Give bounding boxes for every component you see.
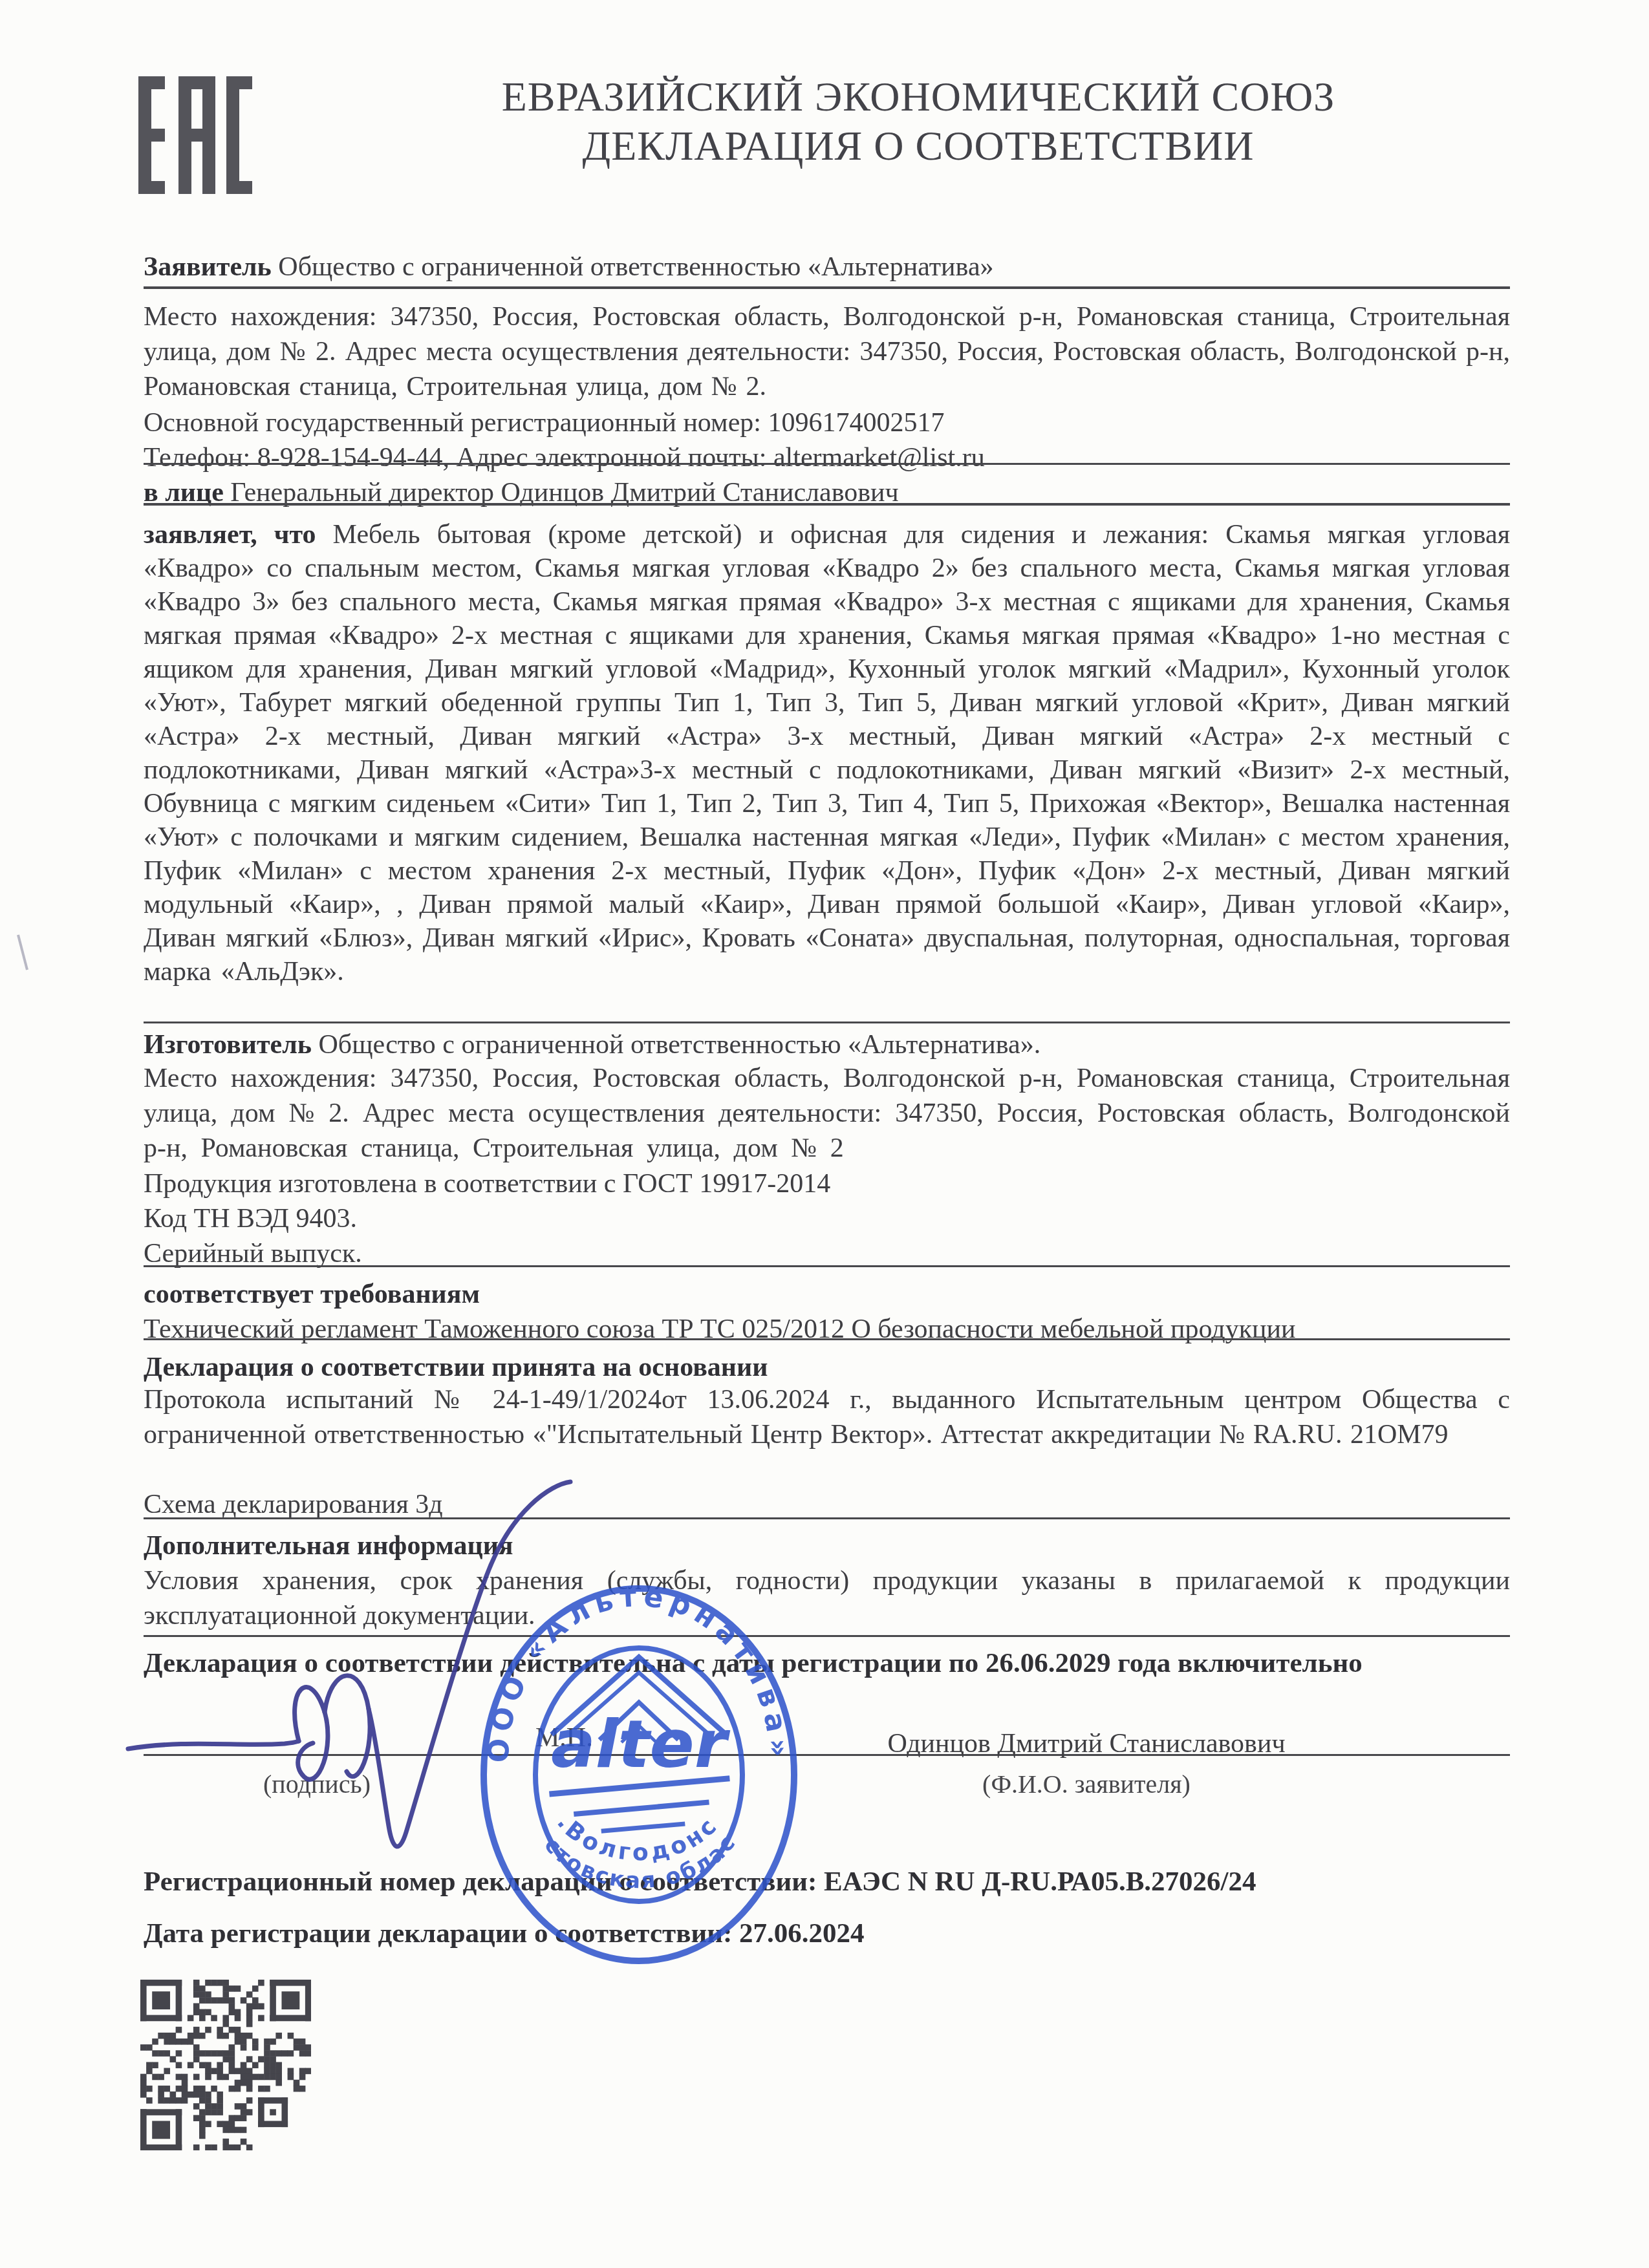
- compliance-heading: соответствует требованиям: [144, 1277, 480, 1312]
- document-title: ЕВРАЗИЙСКИЙ ЭКОНОМИЧЕСКИЙ СОЮЗ ДЕКЛАРАЦИ…: [336, 72, 1500, 171]
- qr-code: [140, 1980, 311, 2150]
- applicant-fio-value: Одинцов Дмитрий Станиславович: [744, 1726, 1429, 1761]
- additional-heading: Дополнительная информация: [144, 1528, 513, 1563]
- divider: [144, 503, 1510, 506]
- additional-text: Условия хранения, срок хранения (службы,…: [144, 1563, 1510, 1633]
- tnved-line: Код ТН ВЭД 9403.: [144, 1201, 357, 1236]
- applicant-label: Заявитель: [144, 252, 272, 282]
- fio-caption: (Ф.И.О. заявителя): [899, 1769, 1274, 1799]
- divider: [144, 463, 1510, 465]
- basis-scheme: Схема декларирования 3д: [144, 1487, 443, 1522]
- registration-date-line: Дата регистрации декларации о соответств…: [144, 1918, 865, 1949]
- company-stamp: ООО «Альтернатива» г.Волгодонск Ростовск…: [475, 1581, 805, 1969]
- applicant-name: Общество с ограниченной ответственностью…: [278, 252, 993, 282]
- applicant-ogrn: Основной государственный регистрационный…: [144, 405, 944, 440]
- sign-caption: (подпись): [194, 1769, 440, 1799]
- mp-label: М.П.: [535, 1722, 593, 1753]
- divider: [144, 1635, 1510, 1637]
- compliance-regulation: Технический регламент Таможенного союза …: [144, 1312, 1296, 1347]
- divider: [144, 1517, 1510, 1519]
- divider: [144, 1338, 1510, 1340]
- eaeu-declaration-of-conformity: ЕВРАЗИЙСКИЙ ЭКОНОМИЧЕСКИЙ СОЮЗ ДЕКЛАРАЦИ…: [0, 0, 1649, 2268]
- divider: [144, 286, 1510, 289]
- basis-heading: Декларация о соответствии принята на осн…: [144, 1350, 768, 1385]
- manufacturer-line: Изготовитель Общество с ограниченной отв…: [144, 1027, 1040, 1062]
- products-list: Мебель бытовая (кроме детской) и офисная…: [144, 520, 1510, 987]
- manufacturer-name: Общество с ограниченной ответственностью…: [318, 1030, 1040, 1060]
- eac-logo-icon: [138, 76, 252, 194]
- gost-line: Продукция изготовлена в соответствии с Г…: [144, 1166, 830, 1201]
- manufacturer-address: Место нахождения: 347350, Россия, Ростов…: [144, 1061, 1510, 1166]
- applicant-phone-email: Телефон: 8-928-154-94-44, Адрес электрон…: [144, 440, 985, 475]
- pen-mark: [12, 930, 38, 981]
- declares-label: заявляет, что: [144, 520, 316, 550]
- validity-line: Декларация о соответствии действительна …: [144, 1647, 1363, 1679]
- declared-products: заявляет, что Мебель бытовая (кроме детс…: [144, 518, 1510, 989]
- applicant-address: Место нахождения: 347350, Россия, Ростов…: [144, 299, 1510, 404]
- title-line-declaration: ДЕКЛАРАЦИЯ О СООТВЕТСТВИИ: [336, 122, 1500, 171]
- title-line-union: ЕВРАЗИЙСКИЙ ЭКОНОМИЧЕСКИЙ СОЮЗ: [336, 72, 1500, 122]
- divider: [144, 1265, 1510, 1267]
- basis-protocol: Протокола испытаний № 24-1-49/1/2024от 1…: [144, 1382, 1510, 1452]
- manufacturer-label: Изготовитель: [144, 1030, 312, 1060]
- applicant-line: Заявитель Общество с ограниченной ответс…: [144, 250, 994, 284]
- registration-number-line: Регистрационный номер декларации о соотв…: [144, 1866, 1256, 1898]
- divider: [144, 1022, 1510, 1023]
